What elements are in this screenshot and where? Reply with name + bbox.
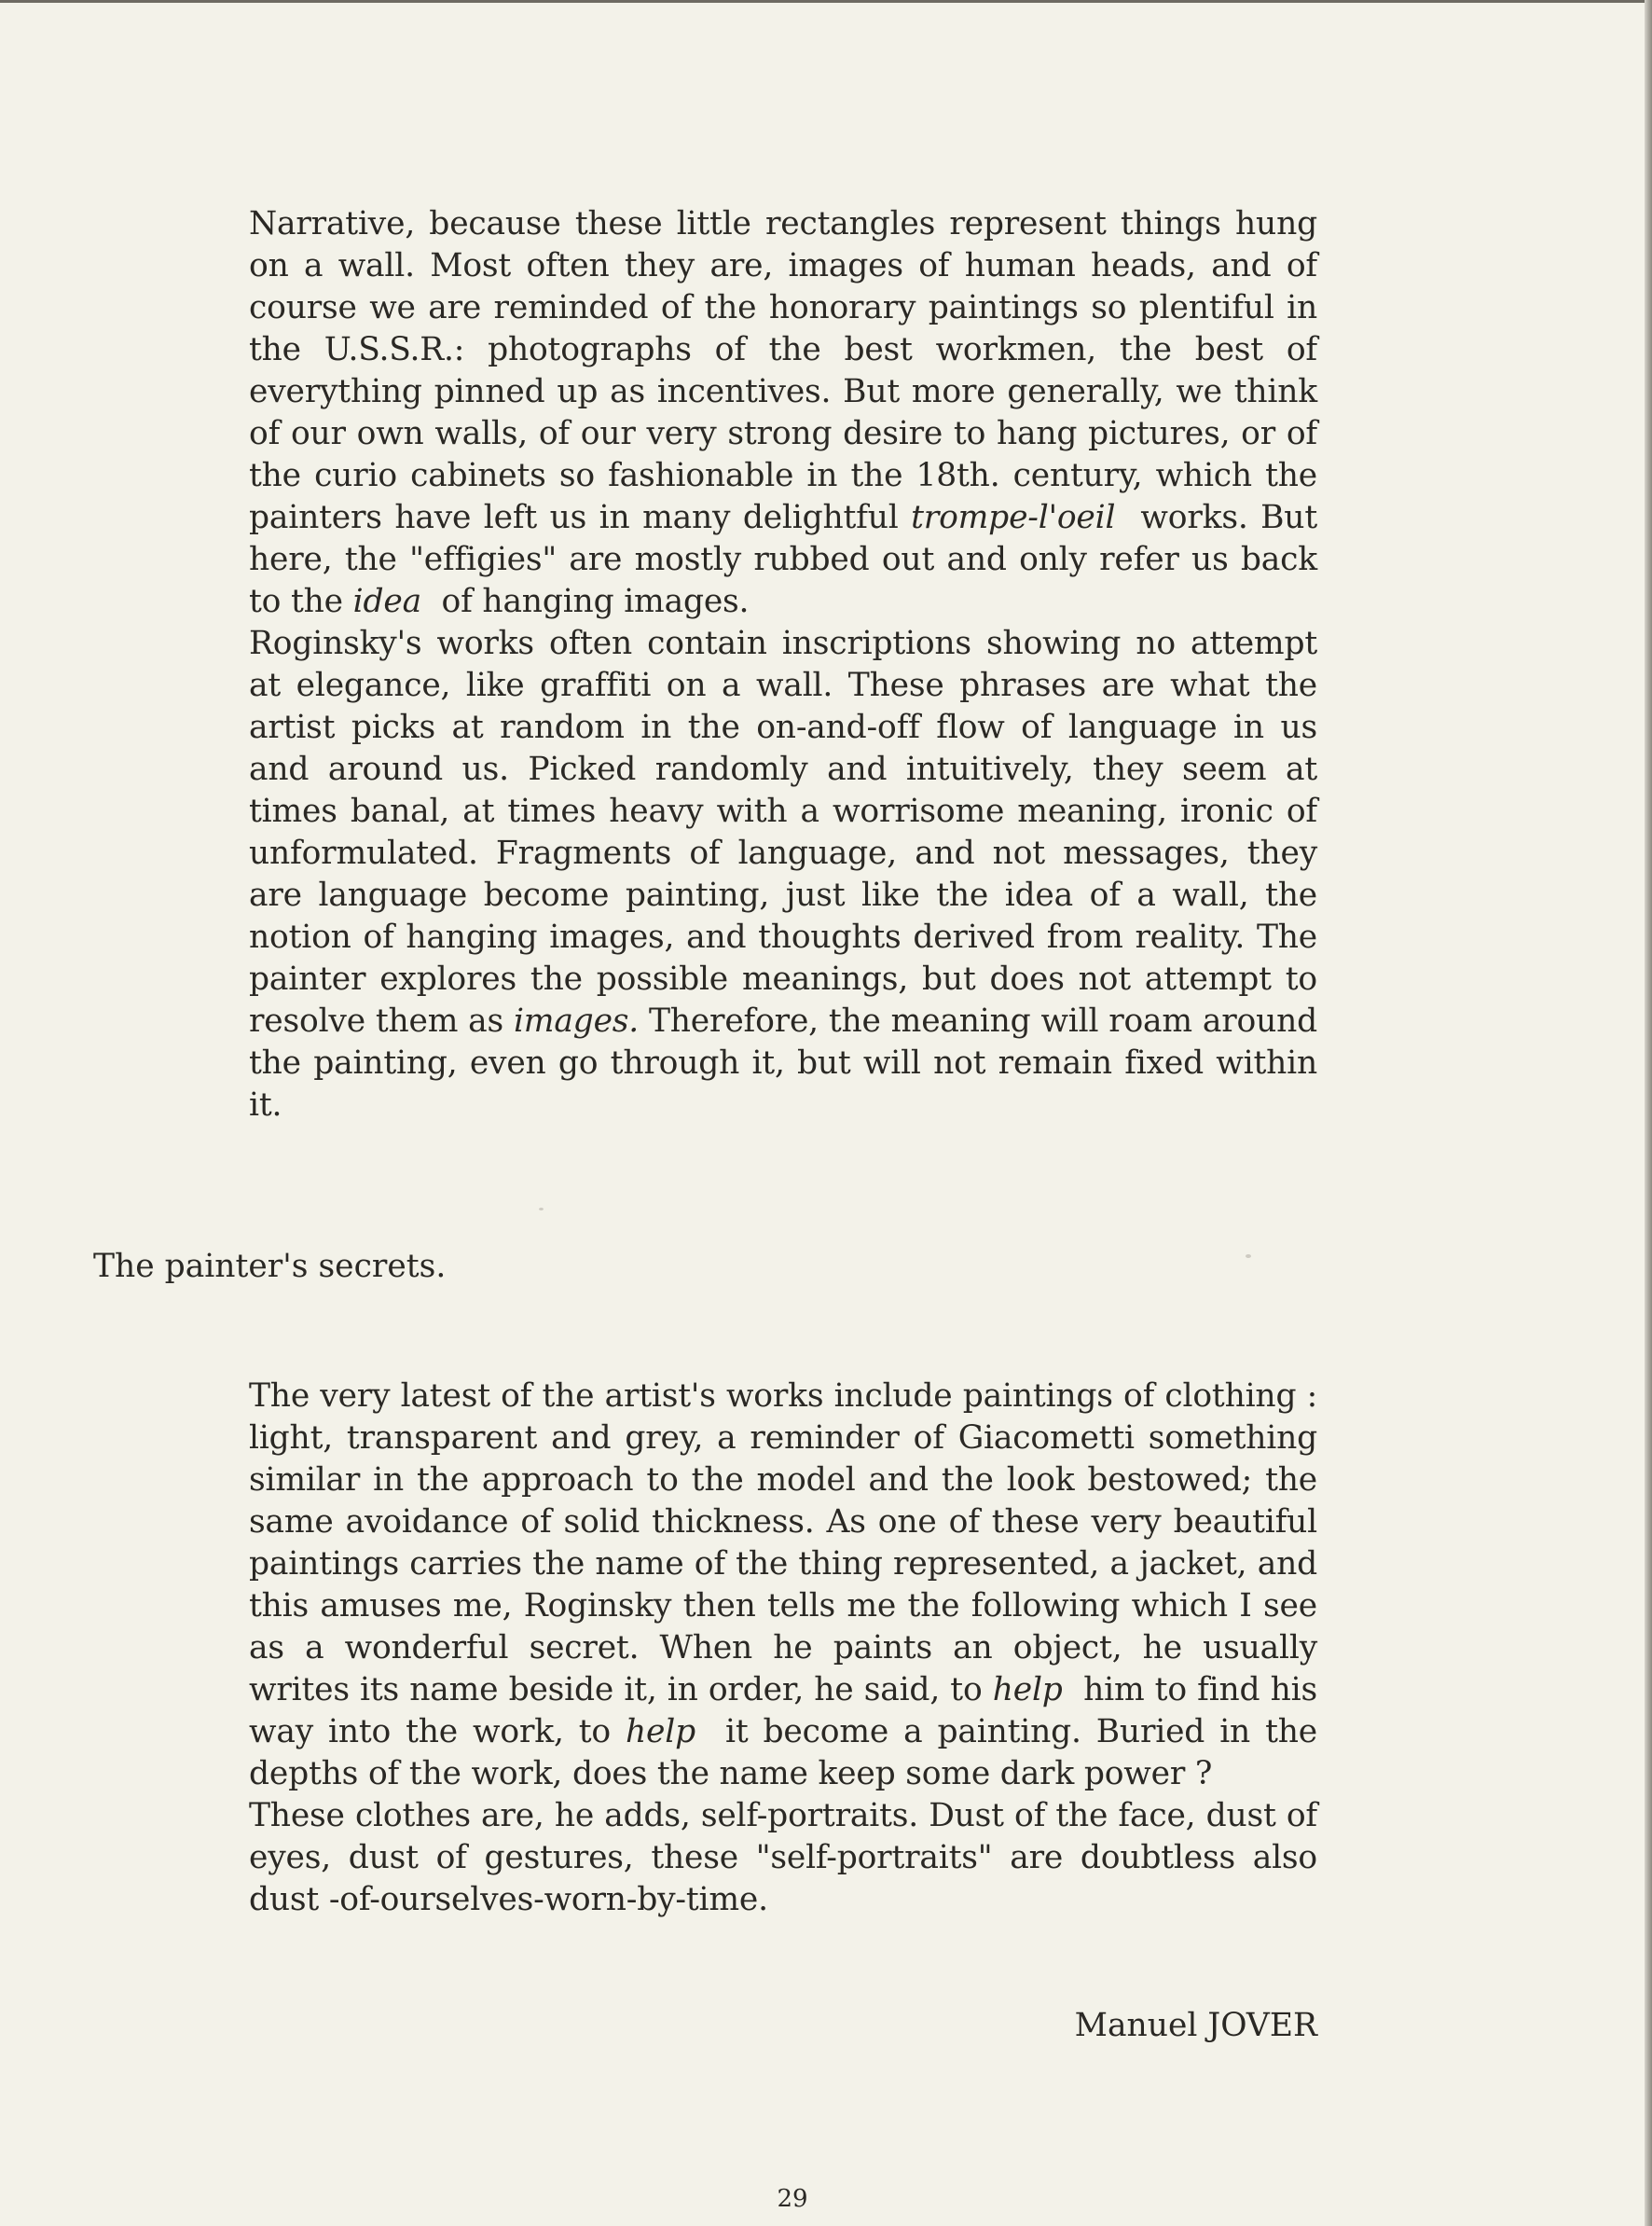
italic-run: help [626,1713,695,1750]
author-signature: Manuel JOVER [249,2005,1317,2047]
page-top-edge [0,0,1652,3]
page-number: 29 [0,2185,1585,2213]
page-right-edge [1645,0,1652,2226]
text-run: Roginsky's works often contain inscripti… [249,625,1317,1040]
section-heading: The painter's secrets. [93,1246,446,1288]
text-run: Narrative, because these little rectangl… [249,205,1317,536]
section-1-body: Narrative, because these little rectangl… [249,203,1317,1127]
paper-speck [1246,1254,1251,1258]
italic-run: idea [353,583,421,620]
italic-run: trompe-l'oeil [911,499,1115,536]
text-run: of hanging images. [421,583,749,620]
paragraph-clothing: The very latest of the artist's works in… [249,1376,1317,1795]
paper-speck [539,1208,544,1210]
paragraph-narrative: Narrative, because these little rectangl… [249,203,1317,623]
text-run: The very latest of the artist's works in… [249,1377,1317,1708]
italic-run: help [993,1671,1063,1708]
paragraph-inscriptions: Roginsky's works often contain inscripti… [249,623,1317,1127]
section-2-body: The very latest of the artist's works in… [249,1376,1317,1921]
text-run: These clothes are, he adds, self-portrai… [249,1797,1317,1918]
italic-run: images. [514,1002,639,1040]
paragraph-self-portraits: These clothes are, he adds, self-portrai… [249,1795,1317,1921]
